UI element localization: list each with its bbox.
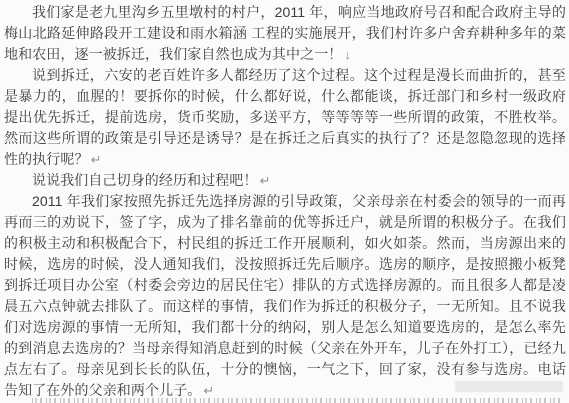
paragraph-2: 说到拆迁，六安的老百姓许多人都经历了这个过程。这个过程是漫长而曲折的，甚至是暴力… xyxy=(4,65,566,170)
document-page: 我们家是老九里沟乡五里墩村的村户，2011 年，响应当地政府号召和配合政府主导的… xyxy=(0,0,569,403)
paragraph-mark: ↵ xyxy=(89,152,102,167)
paragraph-mark: ↵ xyxy=(258,173,271,188)
paragraph-mark: ↵ xyxy=(201,383,214,398)
watermark xyxy=(455,381,563,392)
paragraph-text: 2011 年我们家按照先拆迁先选择房源的引导政策，父亲母亲在村委会的领导的一而再… xyxy=(4,193,566,398)
paragraph-4: 2011 年我们家按照先拆迁先选择房源的引导政策，父亲母亲在村委会的领导的一而再… xyxy=(4,191,566,401)
line-break-mark: ↓ xyxy=(342,47,351,62)
paragraph-3: 说说我们自己切身的经历和过程吧！↵ xyxy=(4,170,566,191)
document-body: 我们家是老九里沟乡五里墩村的村户，2011 年，响应当地政府号召和配合政府主导的… xyxy=(0,0,569,401)
paragraph-text: 说说我们自己切身的经历和过程吧！ xyxy=(32,172,258,188)
clipped-text-line xyxy=(32,398,563,403)
paragraph-1: 我们家是老九里沟乡五里墩村的村户，2011 年，响应当地政府号召和配合政府主导的… xyxy=(4,2,566,65)
paragraph-text: 我们家是老九里沟乡五里墩村的村户，2011 年，响应当地政府号召和配合政府主导的… xyxy=(4,4,566,62)
